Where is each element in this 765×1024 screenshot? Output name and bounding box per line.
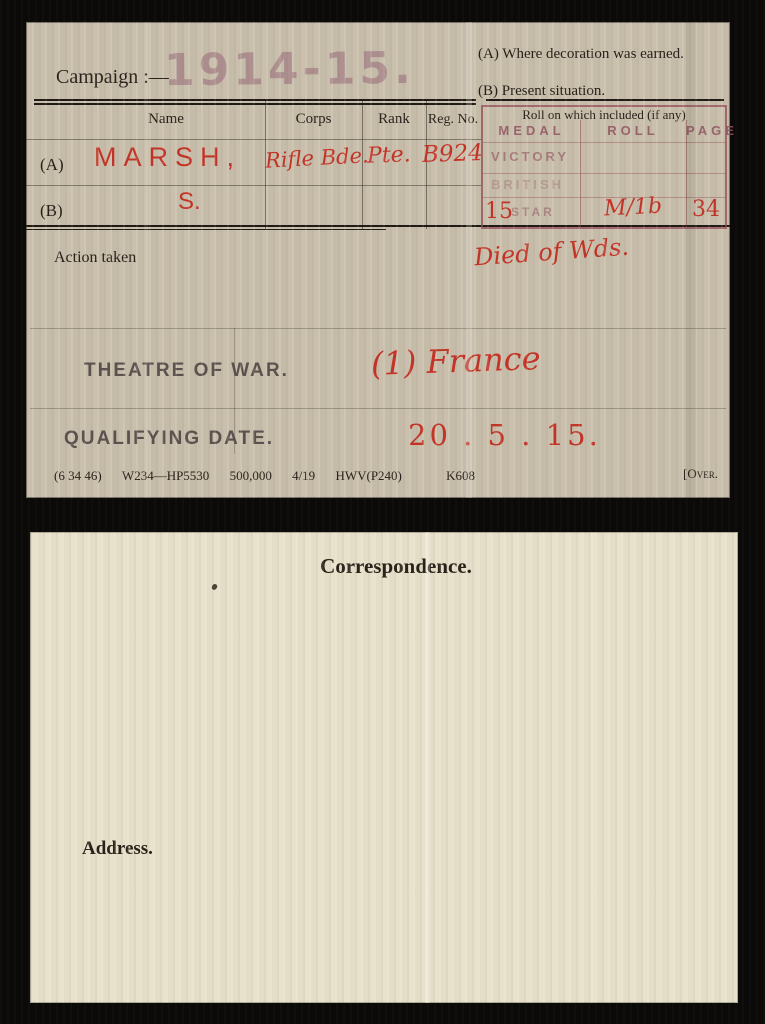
roll-box-hline-2 bbox=[483, 173, 725, 174]
over-note: [Over. bbox=[683, 466, 718, 482]
roll-box-header-roll: ROLL bbox=[580, 123, 686, 138]
note-b: (B) Present situation. bbox=[478, 83, 605, 100]
roll-box-header-page: PAGE bbox=[686, 123, 726, 138]
paper-grain-back bbox=[30, 532, 738, 1003]
imprint-part-1: (6 34 46) bbox=[54, 468, 102, 484]
ink-speck bbox=[211, 583, 218, 590]
scan-streak-3 bbox=[686, 22, 696, 498]
medal-row-victory: VICTORY bbox=[491, 149, 569, 164]
surname-entry: MARSH, bbox=[94, 142, 241, 173]
lower-hline-1 bbox=[30, 328, 726, 329]
rank-entry: Pte. bbox=[367, 142, 412, 169]
imprint-part-3: 500,000 bbox=[230, 468, 272, 484]
address-label: Address. bbox=[82, 838, 153, 860]
grid-hline-row-a bbox=[26, 185, 481, 186]
printers-imprint: (6 34 46) W234—HP5530 500,000 4/19 HWV(P… bbox=[54, 468, 492, 484]
qualifying-date-stamp: QUALIFYING DATE. bbox=[64, 428, 274, 450]
roll-box-title: Roll on which included (if any) bbox=[483, 107, 725, 123]
lower-hline-2 bbox=[30, 408, 726, 409]
correspondence-title: Correspondence. bbox=[30, 554, 738, 579]
row-a-label: (A) bbox=[40, 155, 64, 175]
campaign-year-stamp: 1914-15. bbox=[164, 43, 415, 96]
qualifying-date-entry: 20 . 5 . 15. bbox=[408, 418, 601, 452]
action-taken-label: Action taken bbox=[54, 249, 136, 267]
action-taken-entry: Died of Wds. bbox=[473, 233, 630, 272]
grid-hline-header bbox=[26, 139, 481, 140]
campaign-label: Campaign :— bbox=[56, 66, 169, 89]
roll-box-header-medal: MEDAL bbox=[483, 123, 580, 138]
medal-row-british: BRITISH bbox=[491, 177, 564, 192]
imprint-part-4: 4/19 bbox=[292, 468, 315, 484]
column-header-reg-no: Reg. No. bbox=[424, 112, 482, 128]
column-header-corps: Corps bbox=[265, 111, 362, 128]
scan-streak-4 bbox=[425, 532, 430, 1003]
theatre-of-war-entry: (1) France bbox=[370, 339, 541, 383]
rule-table-bottom-2 bbox=[26, 229, 386, 230]
medal-card-back: Correspondence. Address. bbox=[30, 532, 738, 1003]
reg-no-entry: B924 bbox=[422, 140, 484, 168]
rule-campaign-left bbox=[34, 99, 476, 101]
imprint-part-6: K608 bbox=[446, 468, 475, 484]
row-b-label: (B) bbox=[40, 201, 63, 221]
scan-streak-5 bbox=[590, 532, 593, 1003]
initial-entry: S. bbox=[178, 188, 201, 216]
scan-streak-2 bbox=[144, 22, 148, 498]
medal-card-front: Campaign :— 1914-15. (A) Where decoratio… bbox=[26, 22, 730, 498]
star-roll-page: 34 bbox=[686, 197, 726, 222]
column-header-rank: Rank bbox=[362, 111, 426, 128]
rule-campaign-left-2 bbox=[34, 103, 476, 105]
note-a: (A) Where decoration was earned. bbox=[478, 46, 684, 63]
star-roll-reference: M/1b bbox=[579, 192, 686, 223]
imprint-part-2: W234—HP5530 bbox=[122, 468, 209, 484]
medal-roll-box: Roll on which included (if any) MEDAL RO… bbox=[481, 105, 727, 229]
scan-backdrop: Campaign :— 1914-15. (A) Where decoratio… bbox=[0, 0, 765, 1024]
medal-row-star: STAR bbox=[511, 205, 555, 219]
rule-campaign-right bbox=[486, 99, 724, 101]
column-header-name: Name bbox=[66, 111, 266, 128]
imprint-part-5: HWV(P240) bbox=[335, 468, 401, 484]
theatre-of-war-stamp: THEATRE OF WAR. bbox=[84, 360, 289, 382]
corps-entry: Rifle Bde. bbox=[264, 143, 369, 172]
roll-box-hline-1 bbox=[483, 142, 725, 143]
medal-row-star-prefix: 15 bbox=[485, 199, 513, 224]
